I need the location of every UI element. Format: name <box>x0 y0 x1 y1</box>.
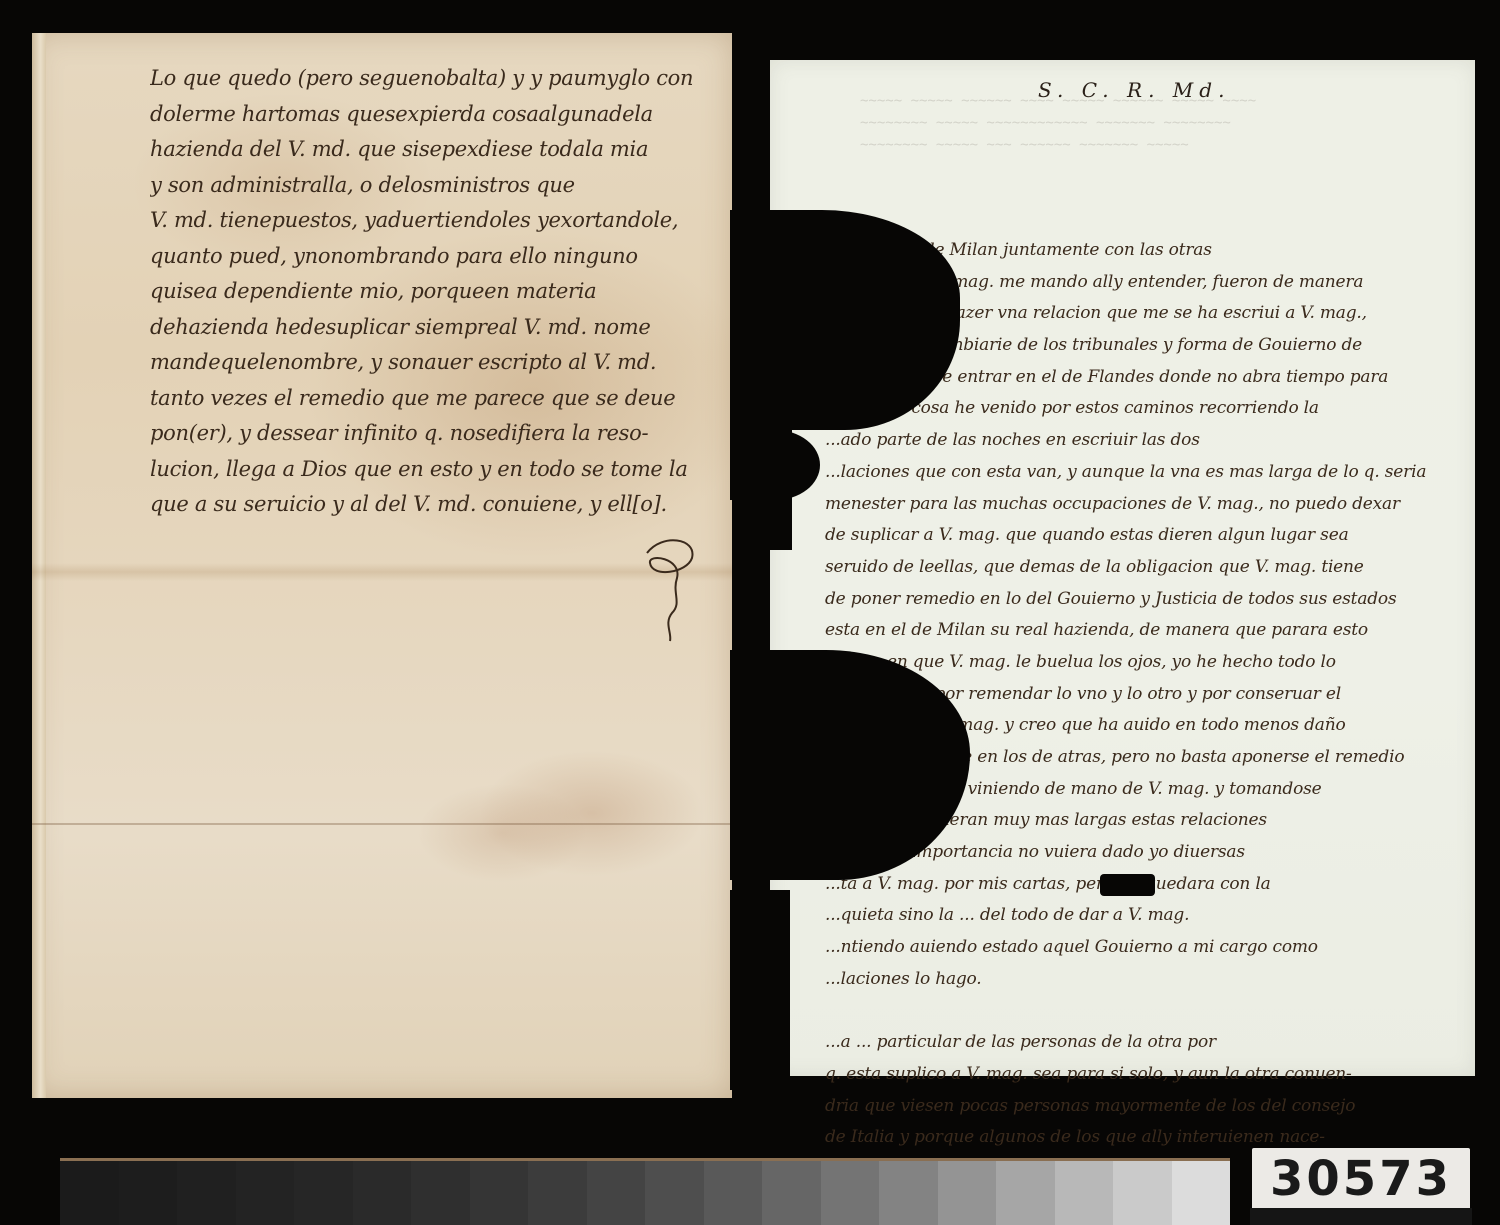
grayscale-patch <box>821 1161 880 1225</box>
grayscale-patch <box>528 1161 587 1225</box>
label-holder <box>1250 1208 1472 1225</box>
grayscale-patch <box>236 1161 295 1225</box>
archive-number-label: 30573 <box>1252 1148 1470 1210</box>
grayscale-patch <box>704 1161 763 1225</box>
grayscale-patch <box>879 1161 938 1225</box>
text-line: dehazienda hedesuplicar siempreal V. md.… <box>150 310 720 346</box>
left-folio: Lo que quedo (pero seguenobalta) y y pau… <box>32 33 732 1098</box>
text-line: tanto vezes el remedio que me parece que… <box>150 381 720 417</box>
text-line: pon(er), y dessear infinito q. nosedifie… <box>150 416 720 452</box>
text-line: y son administralla, o delosministros qu… <box>150 168 720 204</box>
grayscale-patch <box>1113 1161 1172 1225</box>
text-line: de suplicar a V. mag. que quando estas d… <box>825 520 1465 552</box>
text-line: ...ado parte de las noches en escriuir l… <box>825 425 1465 457</box>
text-line: quanto pued, ynonombrando para ello ning… <box>150 239 720 275</box>
text-line: que a su seruicio y al del V. md. conuie… <box>150 487 720 523</box>
text-line: ...ntiendo auiendo estado aquel Gouierno… <box>825 932 1465 964</box>
salutation-header: S. C. R. Md. <box>1038 78 1230 102</box>
grayscale-patch <box>645 1161 704 1225</box>
paragraph-gap <box>825 996 1465 1028</box>
text-line: Lo que quedo (pero seguenobalta) y y pau… <box>150 61 720 97</box>
grayscale-patch <box>1172 1161 1231 1225</box>
paper-damage-hole <box>730 890 790 1090</box>
grayscale-patch <box>411 1161 470 1225</box>
text-line: q. esta suplico a V. mag. sea para si so… <box>825 1059 1465 1091</box>
paper-fold <box>32 823 732 825</box>
torn-edge-shadow <box>732 250 792 550</box>
grayscale-patch <box>353 1161 412 1225</box>
text-line: seruido de leellas, que demas de la obli… <box>825 552 1465 584</box>
grayscale-calibration-target <box>60 1158 1230 1225</box>
grayscale-patch <box>996 1161 1055 1225</box>
grayscale-patch <box>587 1161 646 1225</box>
grayscale-patch <box>177 1161 236 1225</box>
text-line: de poner remedio en lo del Gouierno y Ju… <box>825 584 1465 616</box>
text-line: dolerme hartomas quesexpierda cosaalguna… <box>150 97 720 133</box>
bleed-through-text: ~~~~~ ~~~~~ ~~~~~~ ~~~~ ~~~~~ ~~~~~~ ~~~… <box>860 90 1400 180</box>
right-folio: ~~~~~ ~~~~~ ~~~~~~ ~~~~ ~~~~~ ~~~~~~ ~~~… <box>770 60 1475 1076</box>
grayscale-patch <box>119 1161 178 1225</box>
left-folio-text: Lo que quedo (pero seguenobalta) y y pau… <box>150 61 720 523</box>
text-line: menester para las muchas occupaciones de… <box>825 489 1465 521</box>
grayscale-patch <box>470 1161 529 1225</box>
text-line: dria que viesen pocas personas mayorment… <box>825 1091 1465 1123</box>
text-line: ...laciones que con esta van, y aunque l… <box>825 457 1465 489</box>
grayscale-patch <box>1055 1161 1114 1225</box>
text-line: ...a ... particular de las personas de l… <box>825 1027 1465 1059</box>
text-line: lucion, llega a Dios que en esto y en to… <box>150 452 720 488</box>
grayscale-patch <box>294 1161 353 1225</box>
text-line: mandequelenombre, y sonauer escripto al … <box>150 345 720 381</box>
paper-damage-hole <box>1100 874 1155 896</box>
text-line: hazienda del V. md. que sisepexdiese tod… <box>150 132 720 168</box>
grayscale-patch <box>938 1161 997 1225</box>
grayscale-patch <box>762 1161 821 1225</box>
archive-number: 30573 <box>1270 1151 1452 1207</box>
text-line: esta en el de Milan su real hazienda, de… <box>825 615 1465 647</box>
text-line: V. md. tienepuestos, yaduertiendoles yex… <box>150 203 720 239</box>
grayscale-patch <box>60 1161 119 1225</box>
text-line: mucho en que V. mag. le buelua los ojos,… <box>825 647 1465 679</box>
paper-crease <box>32 563 732 581</box>
signature-rubric-icon <box>642 533 702 643</box>
text-line: quisea dependiente mio, porqueen materia <box>150 274 720 310</box>
text-line: ...laciones lo hago. <box>825 964 1465 996</box>
text-line: ...quieta sino la ... del todo de dar a … <box>825 900 1465 932</box>
